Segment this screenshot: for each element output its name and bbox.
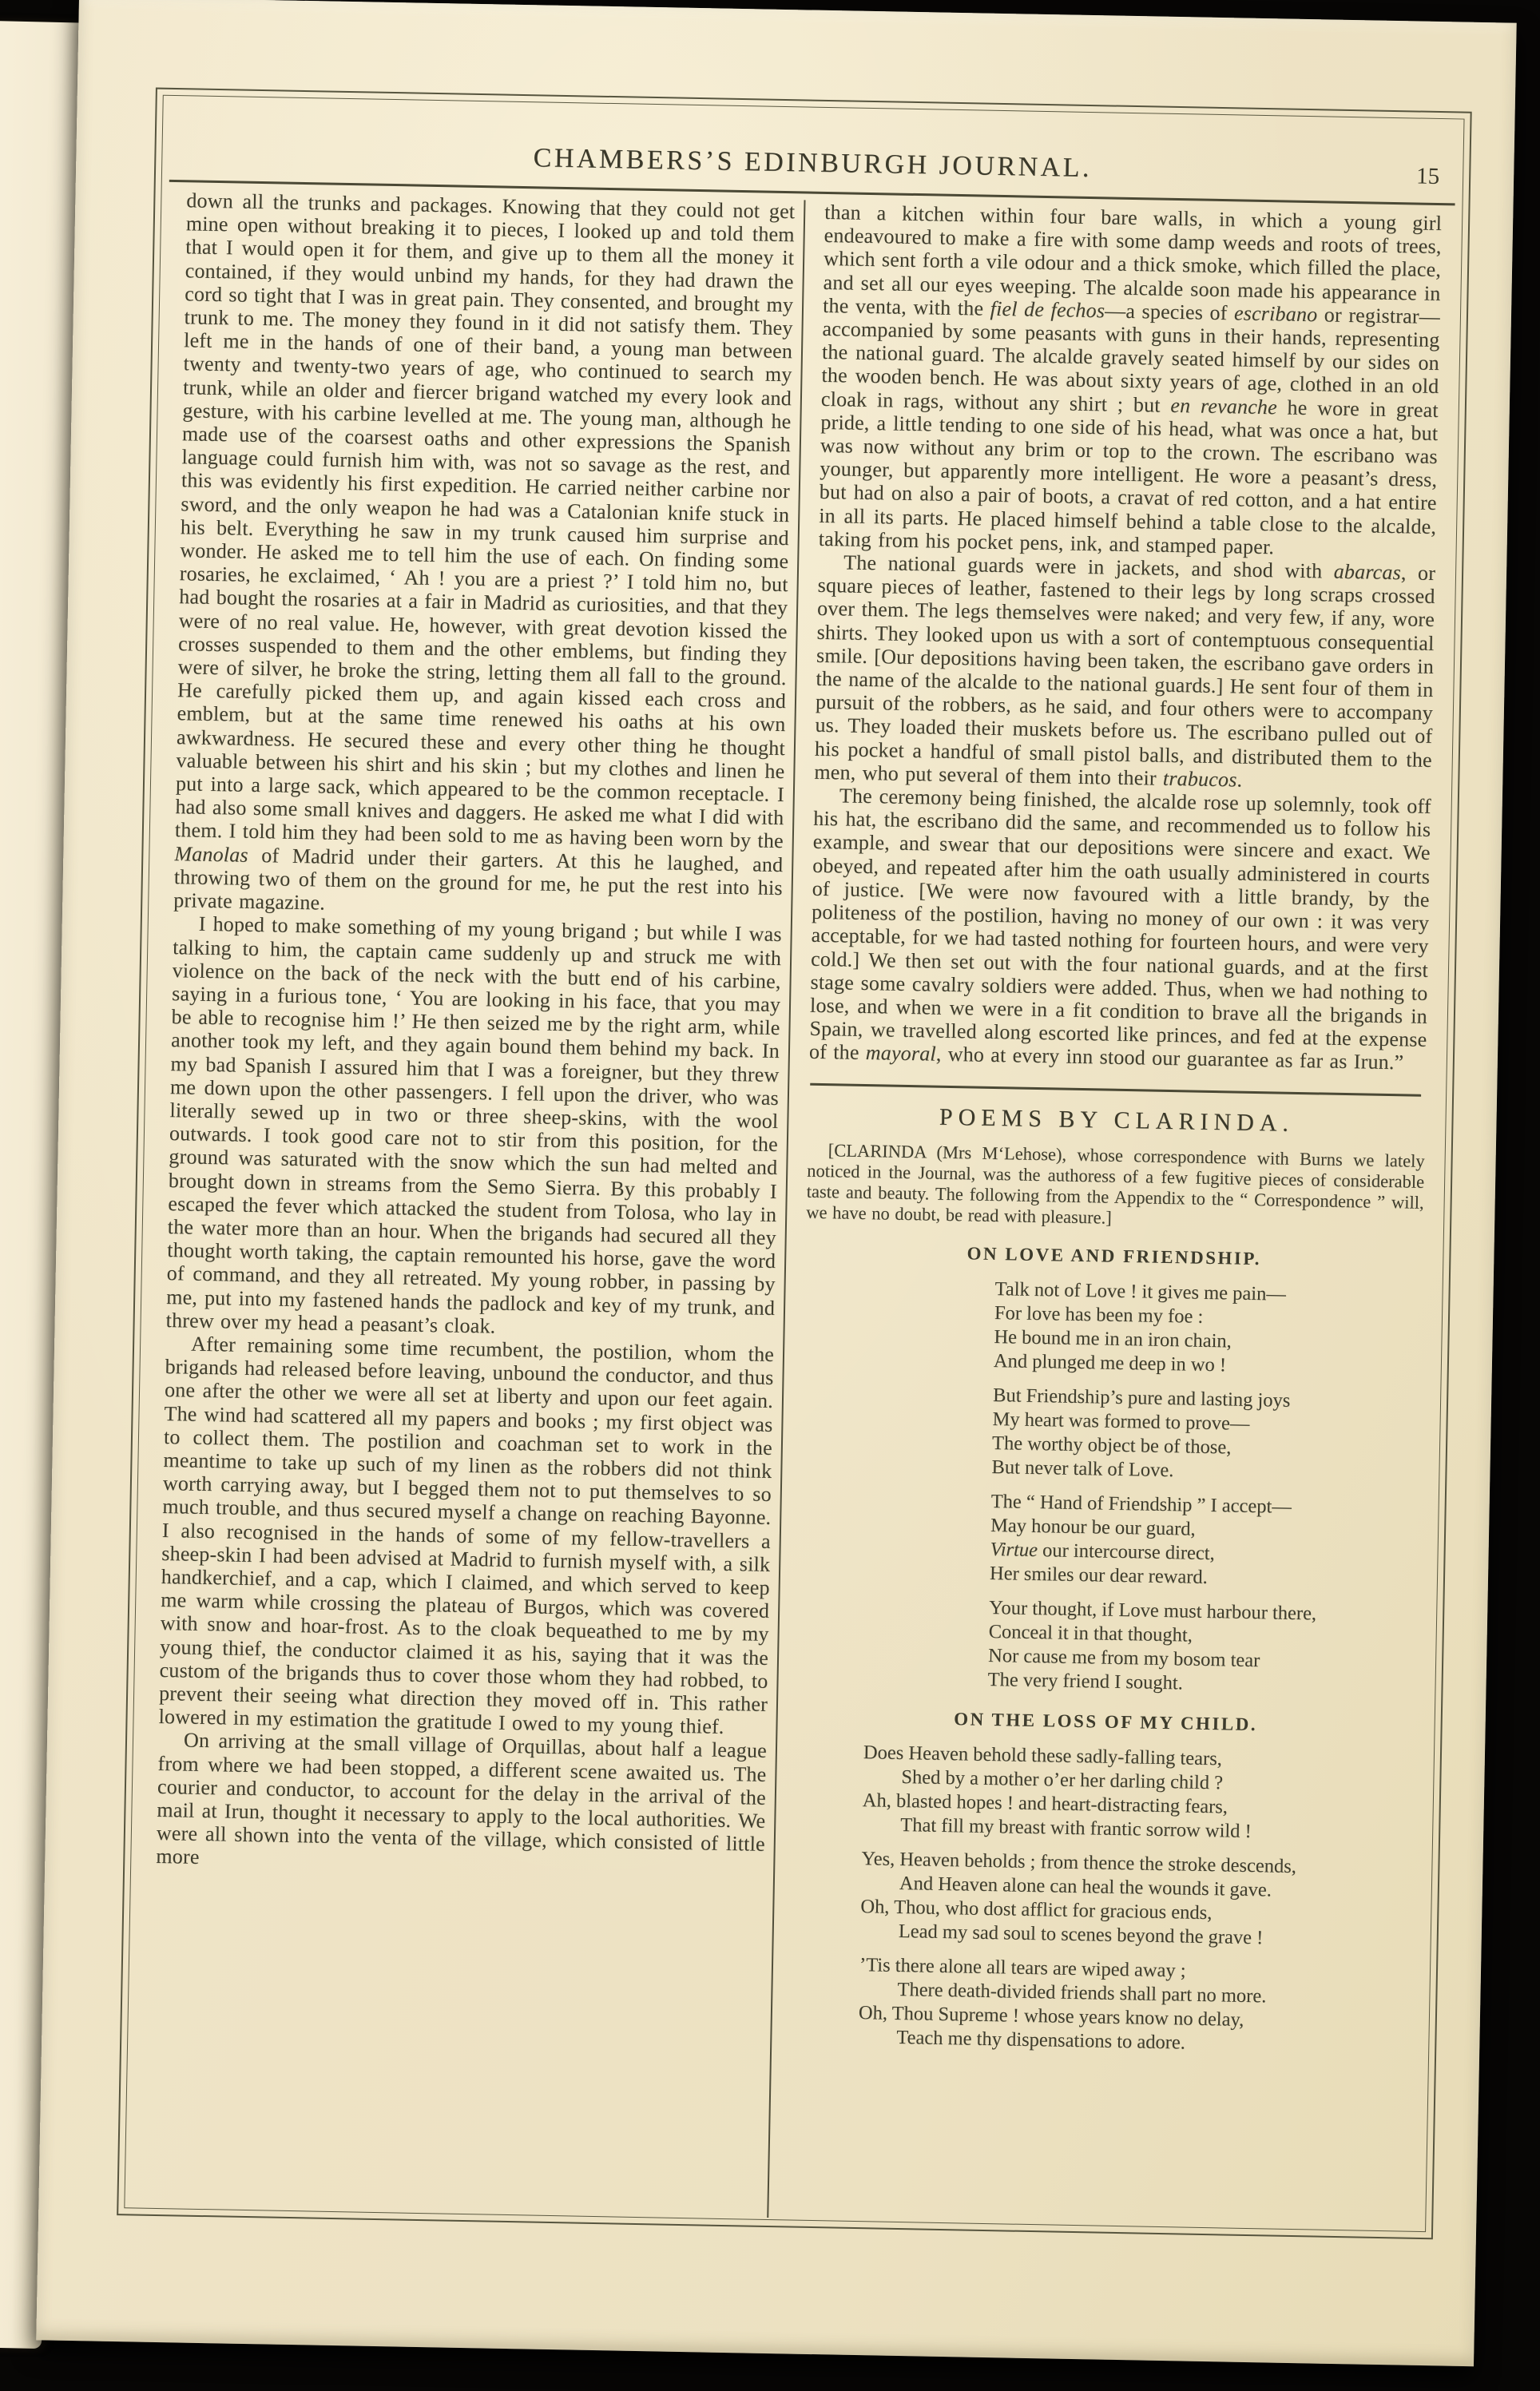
- poem-stanza: But Friendship’s pure and lasting joysMy…: [991, 1384, 1420, 1487]
- page-content: CHAMBERS’S EDINBURGH JOURNAL. 15 down al…: [125, 97, 1463, 2230]
- paragraph: down all the trunks and packages. Knowin…: [173, 189, 795, 923]
- page-number: 15: [1416, 163, 1440, 190]
- story-continuation: than a kitchen within four bare walls, i…: [809, 201, 1443, 1074]
- poem: ON LOVE AND FRIENDSHIP.Talk not of Love …: [797, 1240, 1423, 1699]
- poems-section-title: POEMS BY CLARINDA.: [808, 1101, 1425, 1139]
- paragraph: than a kitchen within four bare walls, i…: [818, 201, 1442, 562]
- page-frame: CHAMBERS’S EDINBURGH JOURNAL. 15 down al…: [117, 88, 1472, 2240]
- column-right: than a kitchen within four bare walls, i…: [788, 201, 1442, 2230]
- poems-container: ON LOVE AND FRIENDSHIP.Talk not of Love …: [791, 1240, 1423, 2059]
- photo-background: { "masthead": { "title": "CHAMBERS’S EDI…: [0, 0, 1540, 2391]
- poem-stanza: ’Tis there alone all tears are wiped awa…: [858, 1953, 1410, 2059]
- poem-stanza: Does Heaven behold these sadly-falling t…: [862, 1741, 1414, 1847]
- poem: ON THE LOSS OF MY CHILD.Does Heaven beho…: [791, 1706, 1415, 2059]
- poem-title: ON THE LOSS OF MY CHILD.: [797, 1706, 1415, 1738]
- columns: down all the trunks and packages. Knowin…: [125, 182, 1461, 2230]
- paragraph: I hoped to make something of my young br…: [165, 912, 782, 1343]
- paragraph: After remaining some time recumbent, the…: [158, 1332, 774, 1739]
- poem-stanza: The “ Hand of Friendship ” I accept—May …: [990, 1490, 1419, 1594]
- section-divider-rule: [810, 1082, 1421, 1096]
- journal-page: CHAMBERS’S EDINBURGH JOURNAL. 15 down al…: [36, 0, 1516, 2366]
- poems-intro: [CLARINDA (Mrs M‘Lehose), whose correspo…: [806, 1139, 1425, 1233]
- poem-stanza: Yes, Heaven beholds ; from thence the st…: [860, 1847, 1412, 1953]
- poem-stanza: Your thought, if Love must harbour there…: [987, 1595, 1416, 1699]
- paragraph: On arriving at the small village of Orqu…: [156, 1728, 767, 1879]
- column-left: down all the trunks and packages. Knowin…: [149, 189, 795, 2218]
- poem-title: ON LOVE AND FRIENDSHIP.: [805, 1240, 1423, 1272]
- paragraph: The ceremony being finished, the alcalde…: [809, 784, 1431, 1075]
- poem-stanza: Talk not of Love ! it gives me pain—For …: [994, 1277, 1423, 1381]
- paragraph: The national guards were in jackets, and…: [814, 550, 1435, 795]
